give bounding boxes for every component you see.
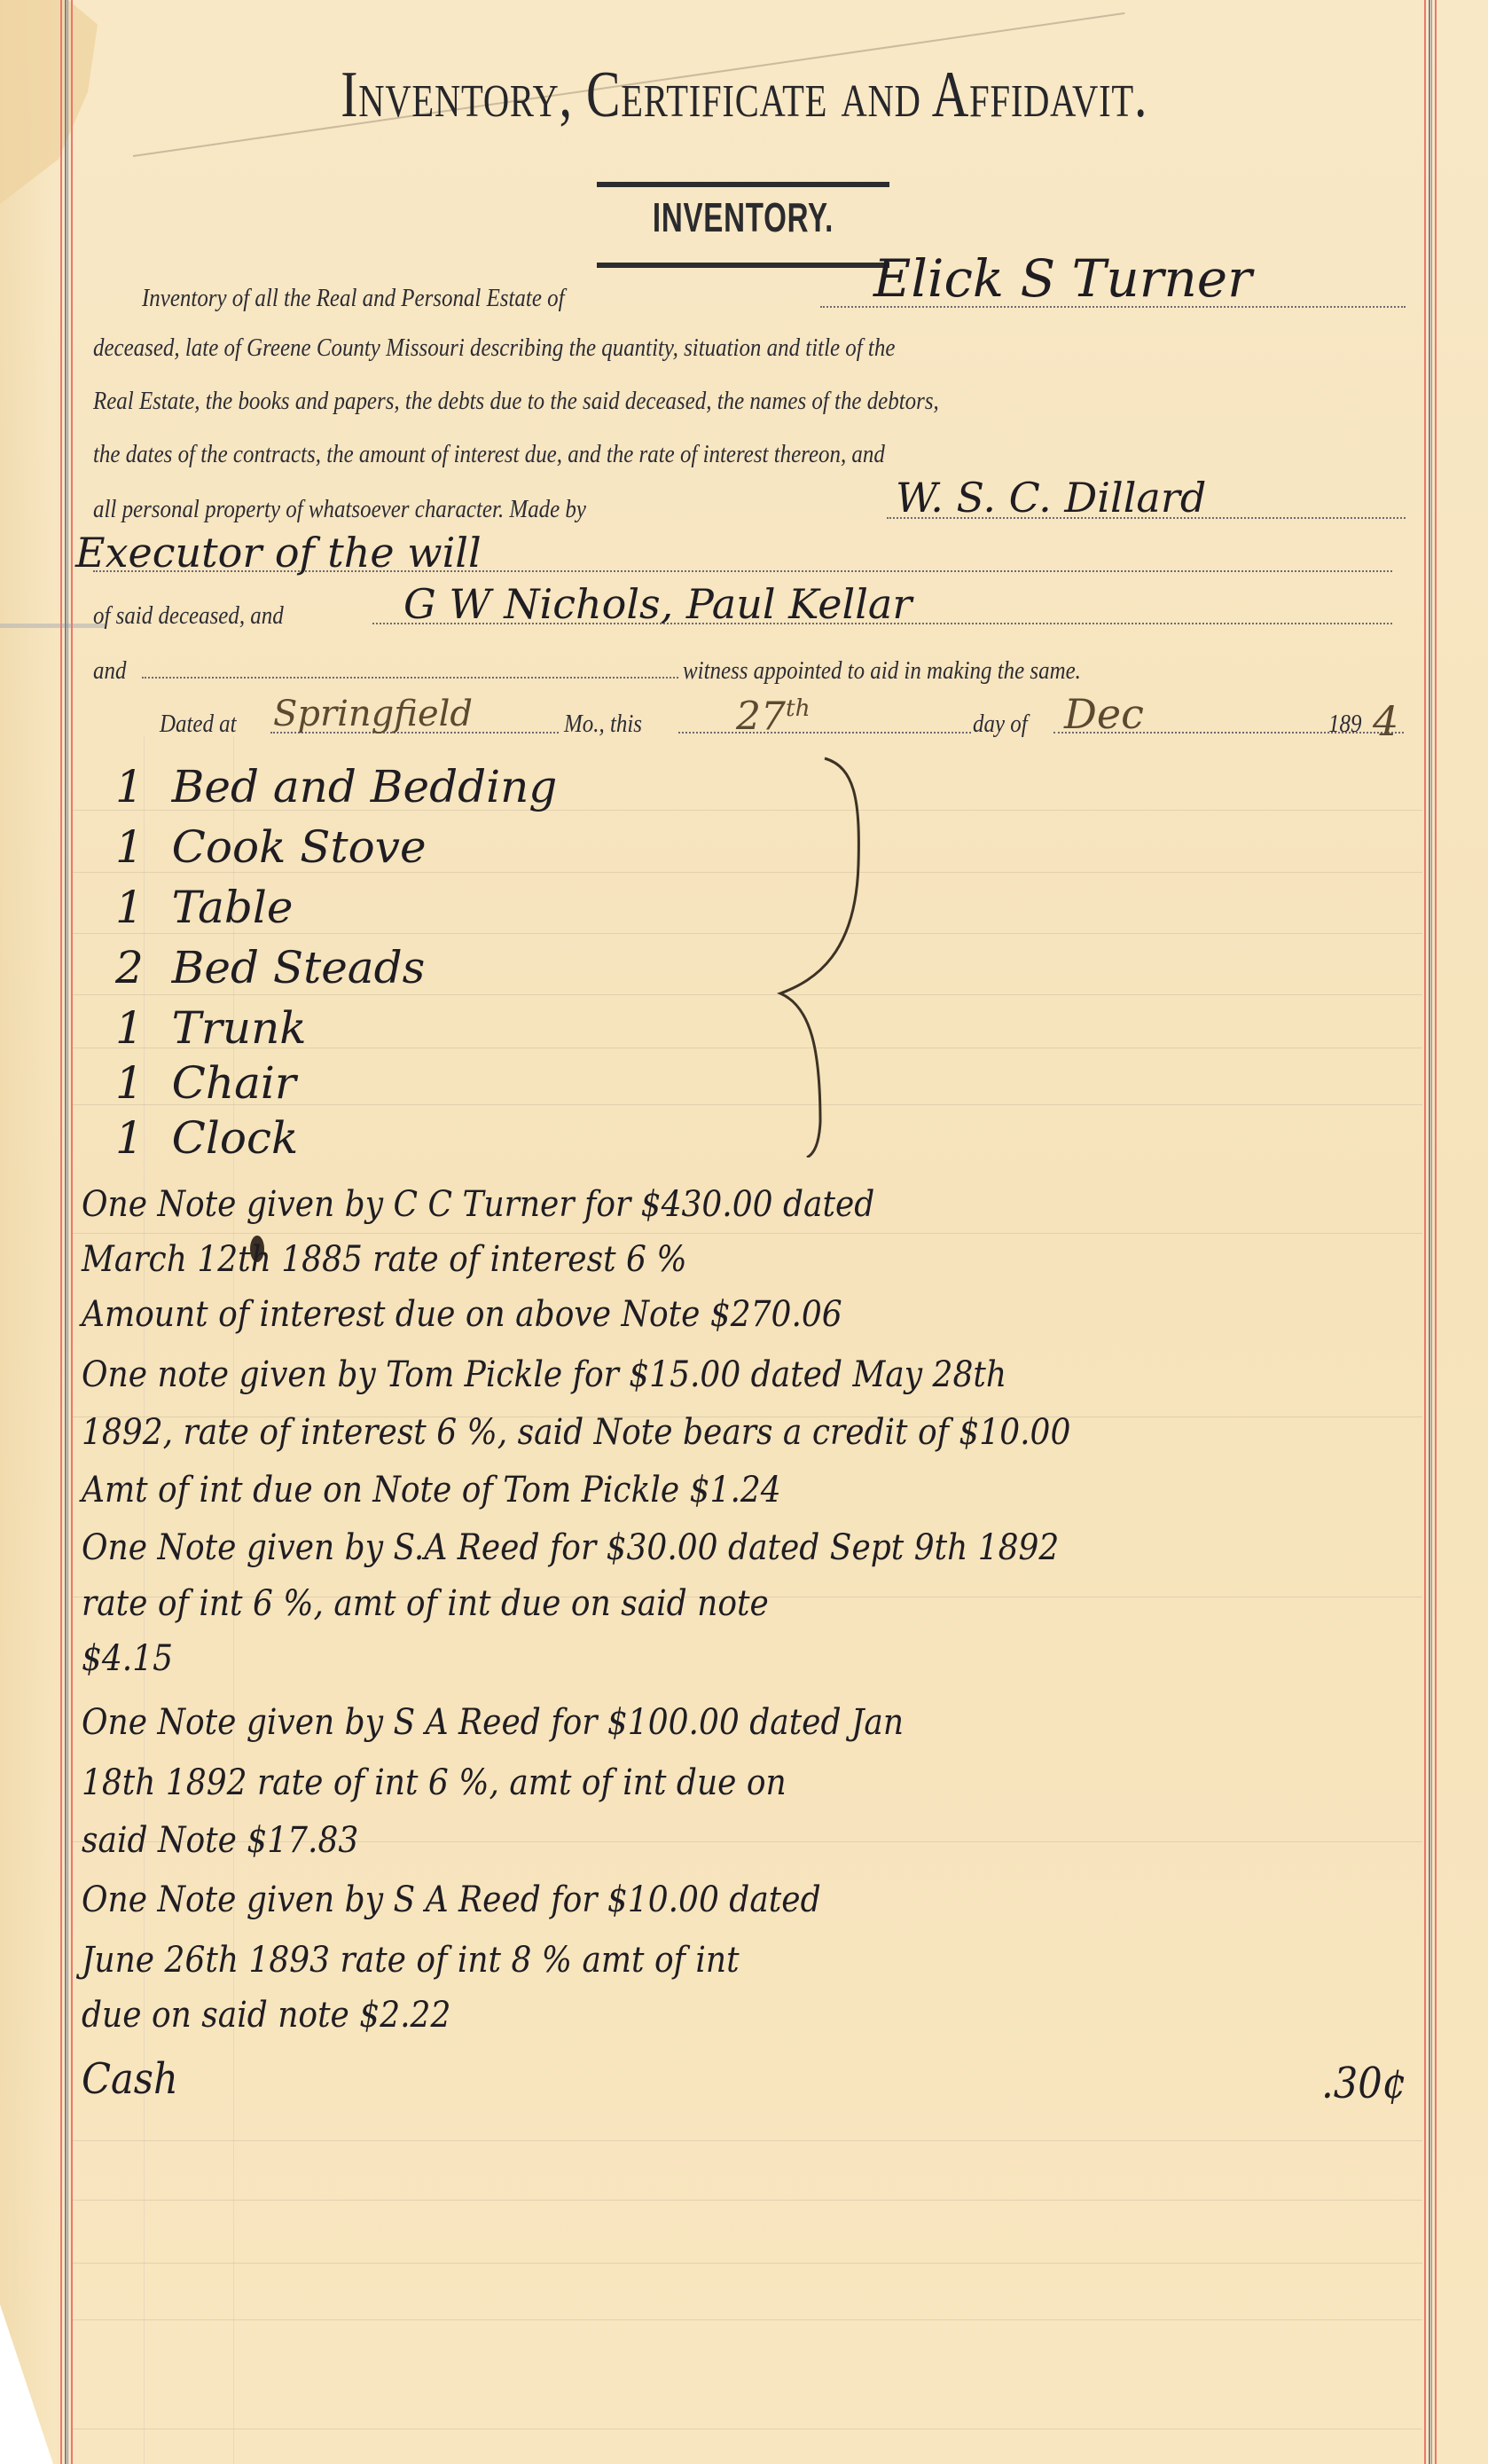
- note-line: Amount of interest due on above Note $27…: [82, 1297, 842, 1332]
- form-text-day-of: day of: [973, 711, 1028, 737]
- note-line: One Note given by S A Reed for $100.00 d…: [82, 1705, 904, 1740]
- list-item: 1 Clock: [115, 1116, 298, 1160]
- left-margin-rule: [60, 0, 73, 2464]
- note-line: One Note given by S.A Reed for $30.00 da…: [82, 1530, 1059, 1566]
- day-number: 27: [736, 694, 786, 740]
- list-item: 1 Table: [115, 885, 293, 930]
- day-field-line: [678, 732, 971, 734]
- form-text-line-4: the dates of the contracts, the amount o…: [93, 442, 885, 467]
- ledger-rule: [73, 2319, 1422, 2320]
- ledger-rule: [73, 2263, 1422, 2264]
- form-text-and: and: [93, 658, 126, 684]
- day-value: 27th: [736, 697, 811, 737]
- year-digit: 4: [1373, 701, 1398, 742]
- form-title: Inventory, Certificate and Affidavit.: [164, 62, 1325, 128]
- ledger-rule: [73, 2140, 1422, 2141]
- list-item: 1 Chair: [115, 1061, 296, 1105]
- dated-at-place: Springfield: [273, 696, 473, 732]
- ledger-rule: [73, 2200, 1422, 2201]
- paper-fold: [0, 624, 106, 628]
- form-subtitle: INVENTORY.: [638, 197, 849, 238]
- cash-amount: .30¢: [1321, 2062, 1406, 2105]
- note-line: rate of int 6 %, amt of int due on said …: [82, 1586, 769, 1621]
- executor-capacity: Executor of the will: [75, 532, 482, 573]
- subtitle-rule-bottom: [597, 263, 889, 268]
- subtitle-rule-top: [597, 182, 889, 187]
- note-line: One Note given by S A Reed for $10.00 da…: [82, 1882, 821, 1918]
- form-text-said-deceased: of said deceased, and: [93, 603, 284, 629]
- form-text-estate-of: Inventory of all the Real and Personal E…: [142, 286, 565, 311]
- day-ordinal: th: [786, 694, 811, 722]
- list-item: 1 Cook Stove: [115, 825, 427, 869]
- note-line: Amt of int due on Note of Tom Pickle $1.…: [82, 1472, 781, 1508]
- form-text-line-3: Real Estate, the books and papers, the d…: [93, 388, 939, 414]
- note-line: March 12th 1885 rate of interest 6 %: [82, 1242, 687, 1277]
- note-line: due on said note $2.22: [82, 1997, 450, 2033]
- executor-name: W. S. C. Dillard: [896, 477, 1206, 518]
- list-item: 1 Bed and Bedding: [115, 765, 557, 809]
- form-text-year-prefix: 189: [1328, 711, 1361, 737]
- ledger-rule: [73, 2429, 1422, 2429]
- list-item: 2 Bed Steads: [115, 946, 425, 990]
- month-value: Dec: [1064, 694, 1144, 734]
- list-item: 1 Trunk: [115, 1006, 307, 1050]
- note-line: June 26th 1893 rate of int 8 % amt of in…: [82, 1942, 740, 1978]
- paper-background: [0, 0, 1488, 2464]
- note-line: 1892, rate of interest 6 %, said Note be…: [82, 1415, 1070, 1450]
- note-line: $4.15: [82, 1641, 173, 1676]
- form-text-dated-at: Dated at: [160, 711, 237, 737]
- note-line: said Note $17.83: [82, 1823, 358, 1858]
- form-text-mo-this: Mo., this: [564, 711, 642, 737]
- right-margin-rule: [1424, 0, 1437, 2464]
- ledger-rule: [73, 1233, 1422, 1234]
- note-line: 18th 1892 rate of int 6 %, amt of int du…: [82, 1765, 787, 1801]
- form-text-made-by: all personal property of whatsoever char…: [93, 497, 586, 522]
- note-line: Cash: [82, 2058, 178, 2100]
- appraiser-names: G W Nichols, Paul Kellar: [403, 584, 912, 624]
- curly-brace-icon: [745, 749, 905, 1157]
- deceased-name: Elick S Turner: [873, 253, 1252, 304]
- witness-field-line: [142, 677, 678, 679]
- note-line: One note given by Tom Pickle for $15.00 …: [82, 1357, 1006, 1393]
- form-text-witness: witness appointed to aid in making the s…: [683, 658, 1081, 684]
- note-line: One Note given by C C Turner for $430.00…: [82, 1187, 874, 1222]
- form-text-line-2: deceased, late of Greene County Missouri…: [93, 335, 895, 361]
